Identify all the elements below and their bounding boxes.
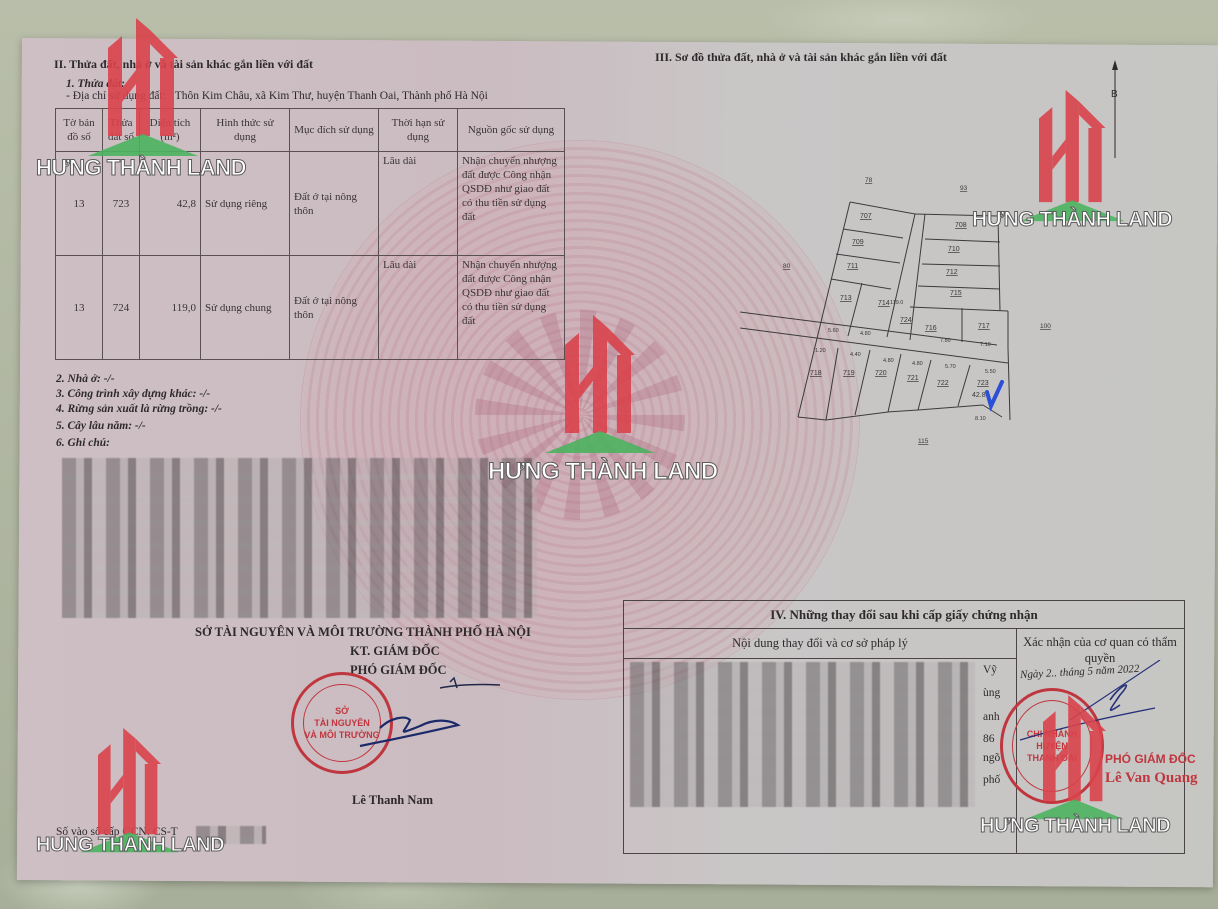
- svg-text:5.60: 5.60: [828, 328, 839, 334]
- cell-area: 119,0: [140, 256, 201, 360]
- header-origin: Nguồn gốc sử dụng: [458, 109, 565, 152]
- brand-watermark-text: HƯNG THÀNH LAND: [36, 155, 246, 181]
- text-fragment: phố: [983, 774, 1000, 786]
- cell-purpose: Đất ở tại nông thôn: [290, 152, 379, 256]
- svg-text:119.0: 119.0: [890, 300, 903, 306]
- item-other-construction: 3. Công trình xây dựng khác: -/-: [56, 388, 210, 400]
- svg-text:716: 716: [925, 325, 937, 332]
- svg-text:708: 708: [955, 222, 967, 229]
- svg-text:714: 714: [878, 300, 890, 307]
- item-perennial-trees: 5. Cây lâu năm: -/-: [56, 420, 146, 432]
- cell-term: Lâu dài: [379, 152, 458, 256]
- svg-text:5.70: 5.70: [945, 364, 956, 370]
- changes-column-header: Nội dung thay đổi và cơ sở pháp lý: [624, 628, 1016, 659]
- svg-text:4.80: 4.80: [912, 361, 923, 367]
- brand-watermark-text: HƯNG THÀNH LAND: [488, 458, 718, 486]
- authority-column-header: Xác nhận của cơ quan có thẩm quyền: [1016, 628, 1184, 664]
- issuing-agency: SỞ TÀI NGUYÊN VÀ MÔI TRƯỜNG THÀNH PHỐ HÀ…: [195, 625, 531, 640]
- redacted-changes: [630, 662, 975, 807]
- redacted-notes: [62, 458, 537, 618]
- item-planted-forest: 4. Rừng sản xuất là rừng trồng: -/-: [56, 403, 222, 415]
- section3-title: III. Sơ đồ thửa đất, nhà ở và tài sản kh…: [655, 50, 947, 65]
- section4-title: IV. Những thay đổi sau khi cấp giấy chứn…: [624, 601, 1184, 629]
- hung-thanh-logo-icon: [1020, 90, 1125, 223]
- hung-thanh-logo-icon: [545, 315, 655, 455]
- header-purpose: Mục đích sử dụng: [290, 109, 379, 152]
- brand-watermark-text: HƯNG THÀNH LAND: [980, 815, 1170, 838]
- svg-text:93: 93: [960, 185, 968, 192]
- cell-term: Lâu dài: [379, 256, 458, 360]
- text-fragment: Vỹ: [983, 664, 997, 676]
- svg-text:710: 710: [948, 246, 960, 253]
- cell-origin: Nhận chuyển nhượng đất được Công nhận QS…: [458, 152, 565, 256]
- svg-text:5.50: 5.50: [985, 369, 996, 375]
- cell-purpose: Đất ở tại nông thôn: [290, 256, 379, 360]
- svg-text:715: 715: [950, 290, 962, 297]
- table-row: 13 724 119,0 Sử dụng chung Đất ở tại nôn…: [56, 256, 565, 360]
- svg-text:717: 717: [978, 323, 990, 330]
- svg-text:4.80: 4.80: [860, 331, 871, 337]
- item-notes-label: 6. Ghi chú:: [56, 437, 110, 449]
- hung-thanh-logo-icon: [1025, 695, 1124, 821]
- svg-text:721: 721: [907, 375, 919, 382]
- address-value: Thôn Kim Châu, xã Kim Thư, huyện Thanh O…: [175, 90, 488, 102]
- svg-text:4.80: 4.80: [883, 358, 894, 364]
- svg-text:115: 115: [918, 438, 929, 445]
- svg-text:707: 707: [860, 213, 872, 220]
- svg-text:78: 78: [865, 177, 873, 184]
- svg-text:713: 713: [840, 295, 852, 302]
- text-fragment: anh: [983, 711, 1000, 723]
- header-term: Thời hạn sử dụng: [379, 109, 458, 152]
- signer-name-left: Lê Thanh Nam: [352, 793, 433, 808]
- svg-text:4.40: 4.40: [850, 352, 861, 358]
- brand-watermark-text: HUNG THANH LAND: [36, 834, 224, 857]
- svg-text:723: 723: [977, 380, 989, 387]
- svg-text:7.80: 7.80: [940, 338, 951, 344]
- hung-thanh-logo-icon: [88, 18, 198, 158]
- text-fragment: ngõ: [983, 752, 1000, 764]
- svg-text:709: 709: [852, 239, 864, 246]
- svg-text:42.8: 42.8: [972, 392, 986, 399]
- svg-text:724: 724: [900, 317, 912, 324]
- svg-text:718: 718: [810, 370, 822, 377]
- cell-parcel: 724: [103, 256, 140, 360]
- item-house: 2. Nhà ở: -/-: [56, 373, 115, 385]
- svg-text:80: 80: [783, 263, 791, 270]
- svg-text:719: 719: [843, 370, 855, 377]
- svg-text:8.10: 8.10: [975, 416, 986, 422]
- signer-role-1: KT. GIÁM ĐỐC: [350, 644, 440, 659]
- text-fragment: 86: [983, 733, 995, 745]
- check-mark-icon: [987, 382, 1002, 406]
- seal-text: SỞ: [335, 705, 349, 717]
- header-form: Hình thức sử dụng: [201, 109, 290, 152]
- svg-text:100: 100: [1040, 323, 1051, 330]
- text-fragment: ùng: [983, 687, 1000, 699]
- signature-left: [350, 670, 510, 750]
- svg-text:722: 722: [937, 380, 949, 387]
- svg-text:712: 712: [946, 269, 958, 276]
- cell-form: Sử dụng chung: [201, 256, 290, 360]
- svg-text:711: 711: [847, 263, 858, 270]
- cell-map-sheet: 13: [56, 256, 103, 360]
- brand-watermark-text: HƯNG THÀNH LAND: [972, 208, 1172, 232]
- svg-text:7.10: 7.10: [980, 342, 991, 348]
- svg-text:720: 720: [875, 370, 887, 377]
- svg-text:1.20: 1.20: [815, 348, 826, 354]
